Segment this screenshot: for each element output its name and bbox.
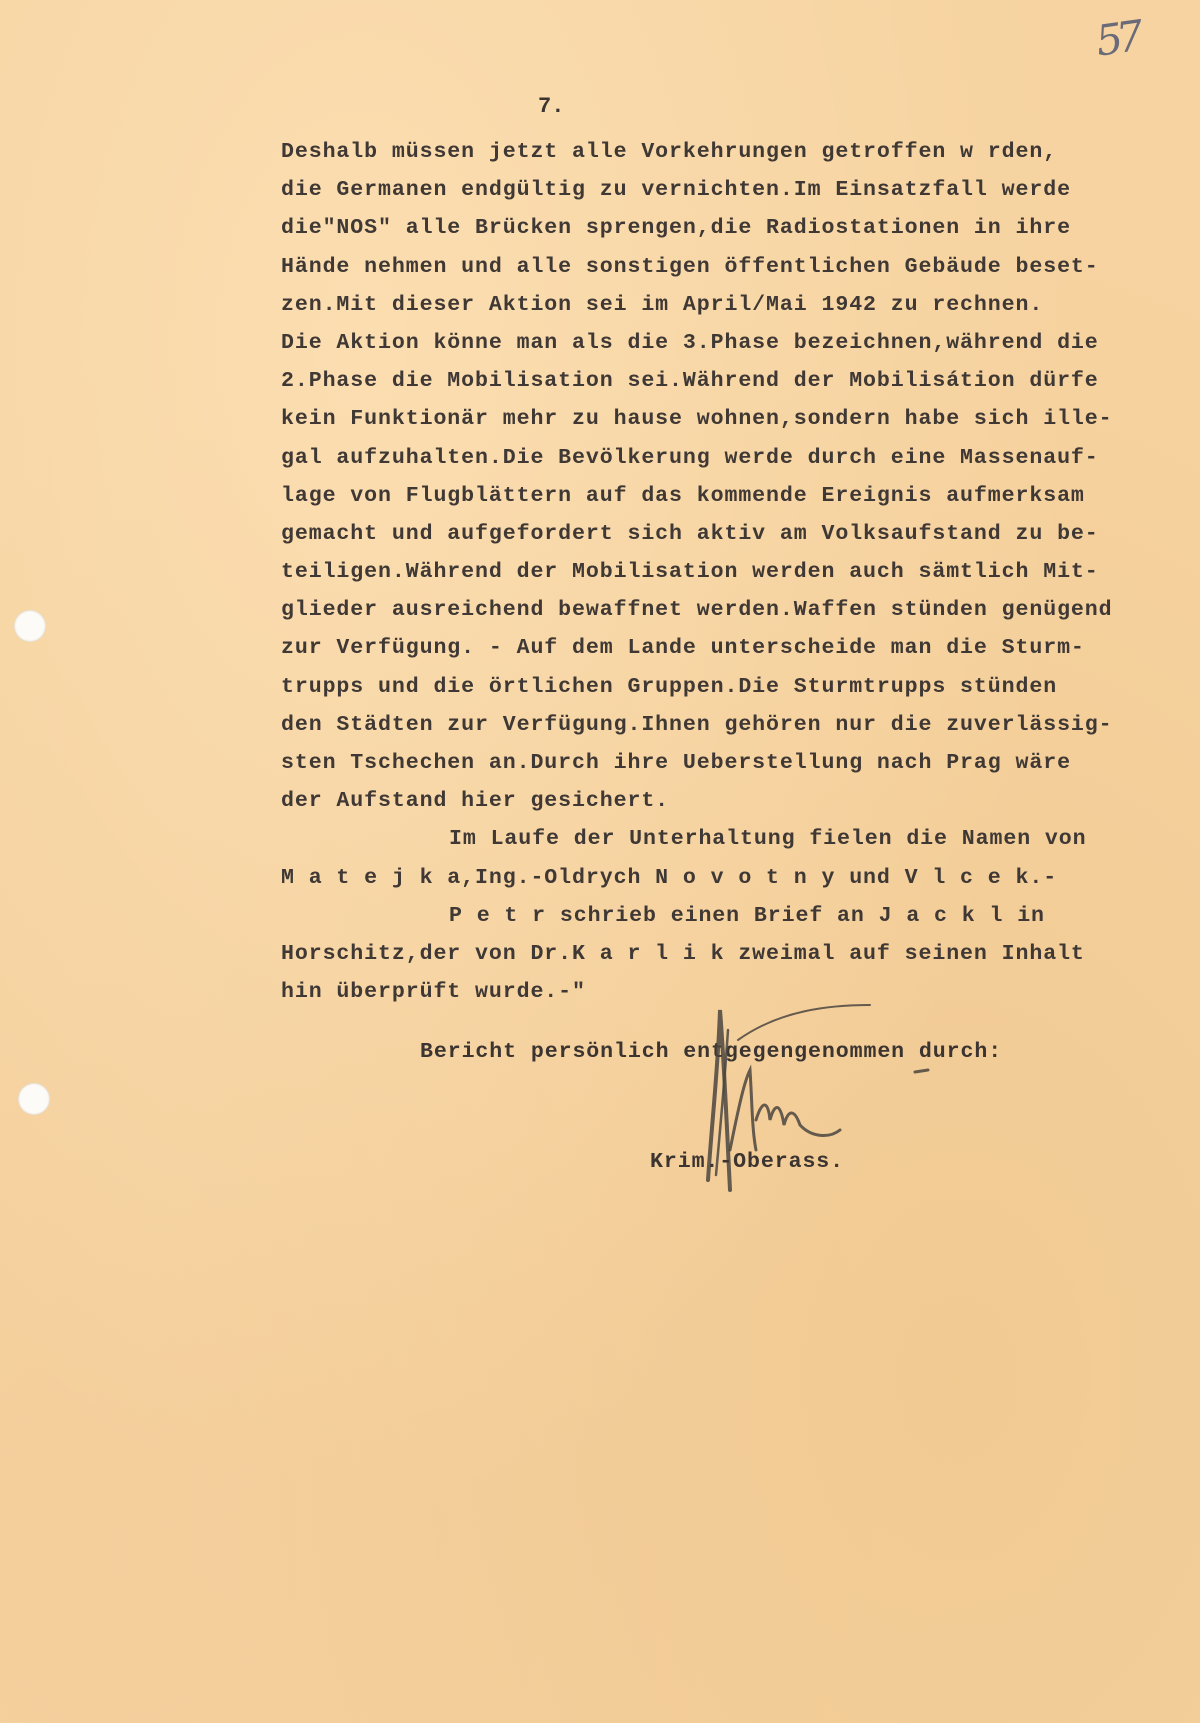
text-line: trupps und die örtlichen Gruppen.Die Stu… xyxy=(281,668,1200,706)
text-line: Horschitz,der von Dr.K a r l i k zweimal… xyxy=(281,935,1200,973)
text-line-indented: P e t r schrieb einen Brief an J a c k l… xyxy=(281,897,1200,935)
punch-hole-lower xyxy=(18,1083,50,1115)
text-line: den Städten zur Verfügung.Ihnen gehören … xyxy=(281,706,1200,744)
page-number: 7. xyxy=(538,94,564,119)
text-line: der Aufstand hier gesichert. xyxy=(281,782,1200,820)
body-text: Deshalb müssen jetzt alle Vorkehrungen g… xyxy=(281,133,1200,1011)
text-line: glieder ausreichend bewaffnet werden.Waf… xyxy=(281,591,1200,629)
text-line: Deshalb müssen jetzt alle Vorkehrungen g… xyxy=(281,133,1200,171)
text-line: die"NOS" alle Brücken sprengen,die Radio… xyxy=(281,209,1200,247)
text-line: teiligen.Während der Mobilisation werden… xyxy=(281,553,1200,591)
text-line: gal aufzuhalten.Die Bevölkerung werde du… xyxy=(281,439,1200,477)
text-line: gemacht und aufgefordert sich aktiv am V… xyxy=(281,515,1200,553)
signatory-title: Krim.-Oberass. xyxy=(650,1150,844,1174)
text-line: Die Aktion könne man als die 3.Phase bez… xyxy=(281,324,1200,362)
text-line: die Germanen endgültig zu vernichten.Im … xyxy=(281,171,1200,209)
text-line: M a t e j k a,Ing.-Oldrych N o v o t n y… xyxy=(281,859,1200,897)
text-line: lage von Flugblättern auf das kommende E… xyxy=(281,477,1200,515)
punch-hole-upper xyxy=(14,610,46,642)
text-line: kein Funktionär mehr zu hause wohnen,son… xyxy=(281,400,1200,438)
folio-number: 57 xyxy=(1093,11,1141,65)
text-line: sten Tschechen an.Durch ihre Ueberstellu… xyxy=(281,744,1200,782)
text-line: zen.Mit dieser Aktion sei im April/Mai 1… xyxy=(281,286,1200,324)
text-line: zur Verfügung. - Auf dem Lande untersche… xyxy=(281,629,1200,667)
text-line: Hände nehmen und alle sonstigen öffentli… xyxy=(281,248,1200,286)
text-line: 2.Phase die Mobilisation sei.Während der… xyxy=(281,362,1200,400)
text-line-indented: Im Laufe der Unterhaltung fielen die Nam… xyxy=(281,820,1200,858)
